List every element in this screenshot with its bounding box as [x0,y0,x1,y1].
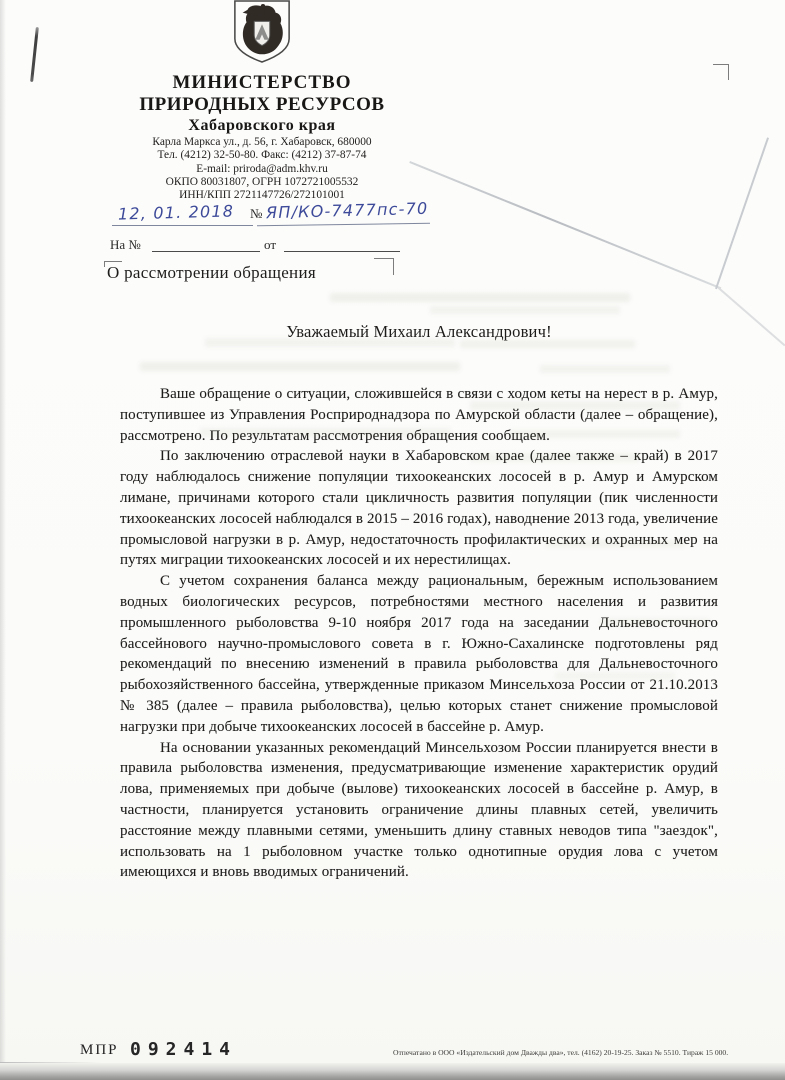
bleed-through-smudge [545,540,685,548]
bleed-through-smudge [510,430,680,438]
number-sign: № [250,206,262,222]
bleed-through-smudge [330,293,630,302]
reply-number-blank [152,251,260,252]
bleed-through-smudge [140,362,460,371]
letter-subject: О рассмотрении обращения [107,263,316,283]
org-email: E-mail: priroda@adm.khv.ru [92,163,432,176]
scan-background-strip [0,1063,785,1080]
bleed-through-smudge [600,618,710,626]
bleed-through-smudge [205,338,455,347]
page-corner-mark-h [713,64,729,65]
scanned-letter: МИНИСТЕРСТВО ПРИРОДНЫХ РЕСУРСОВ Хабаровс… [0,0,785,1080]
bleed-through-smudge [460,340,635,348]
handwritten-date: 12, 01. 2018 [118,201,235,223]
subject-corner-mark-left [104,261,122,262]
org-name-line1: МИНИСТЕРСТВО [112,72,412,94]
form-code-prefix: МПР [80,1042,119,1059]
bleed-through-smudge [200,428,450,437]
paragraph-3: С учетом сохранения баланса между рацион… [120,571,718,737]
bleed-through-smudge [470,401,680,410]
scan-left-shadow [0,0,6,1066]
subject-corner-mark-right-tick [393,258,394,275]
bleed-through-smudge [540,365,670,373]
paragraph-4: На основании указанных рекомендаций Минс… [120,738,718,884]
printing-house-info: Отпечатано в ООО «Издательский дом Дважд… [393,1048,733,1057]
paragraph-2: По заключению отраслевой науки в Хабаров… [120,446,718,571]
org-name-line3: Хабаровского края [112,117,412,135]
date-underline [112,225,253,226]
org-phone-fax: Тел. (4212) 32-50-80. Факс: (4212) 37-87… [92,149,432,162]
reply-date-blank [284,251,400,252]
subject-corner-mark-right [374,258,394,259]
subject-corner-mark-left-tick [104,261,105,267]
page-corner-mark-v [728,64,729,80]
bleed-through-smudge [430,306,620,314]
bleed-through-smudge [470,453,640,462]
bleed-through-smudge [555,672,675,680]
org-name-line2: ПРИРОДНЫХ РЕСУРСОВ [112,94,412,116]
org-address: Карла Маркса ул., д. 56, г. Хабаровск, 6… [92,136,432,149]
khabarovsk-coat-of-arms-icon [231,0,293,69]
form-code-number: 092414 [130,1039,237,1060]
from-label: от [264,237,276,253]
reply-to-label: На № [110,237,141,253]
org-okpo-ogrn: ОКПО 80031807, ОГРН 1072721005532 [92,176,432,189]
